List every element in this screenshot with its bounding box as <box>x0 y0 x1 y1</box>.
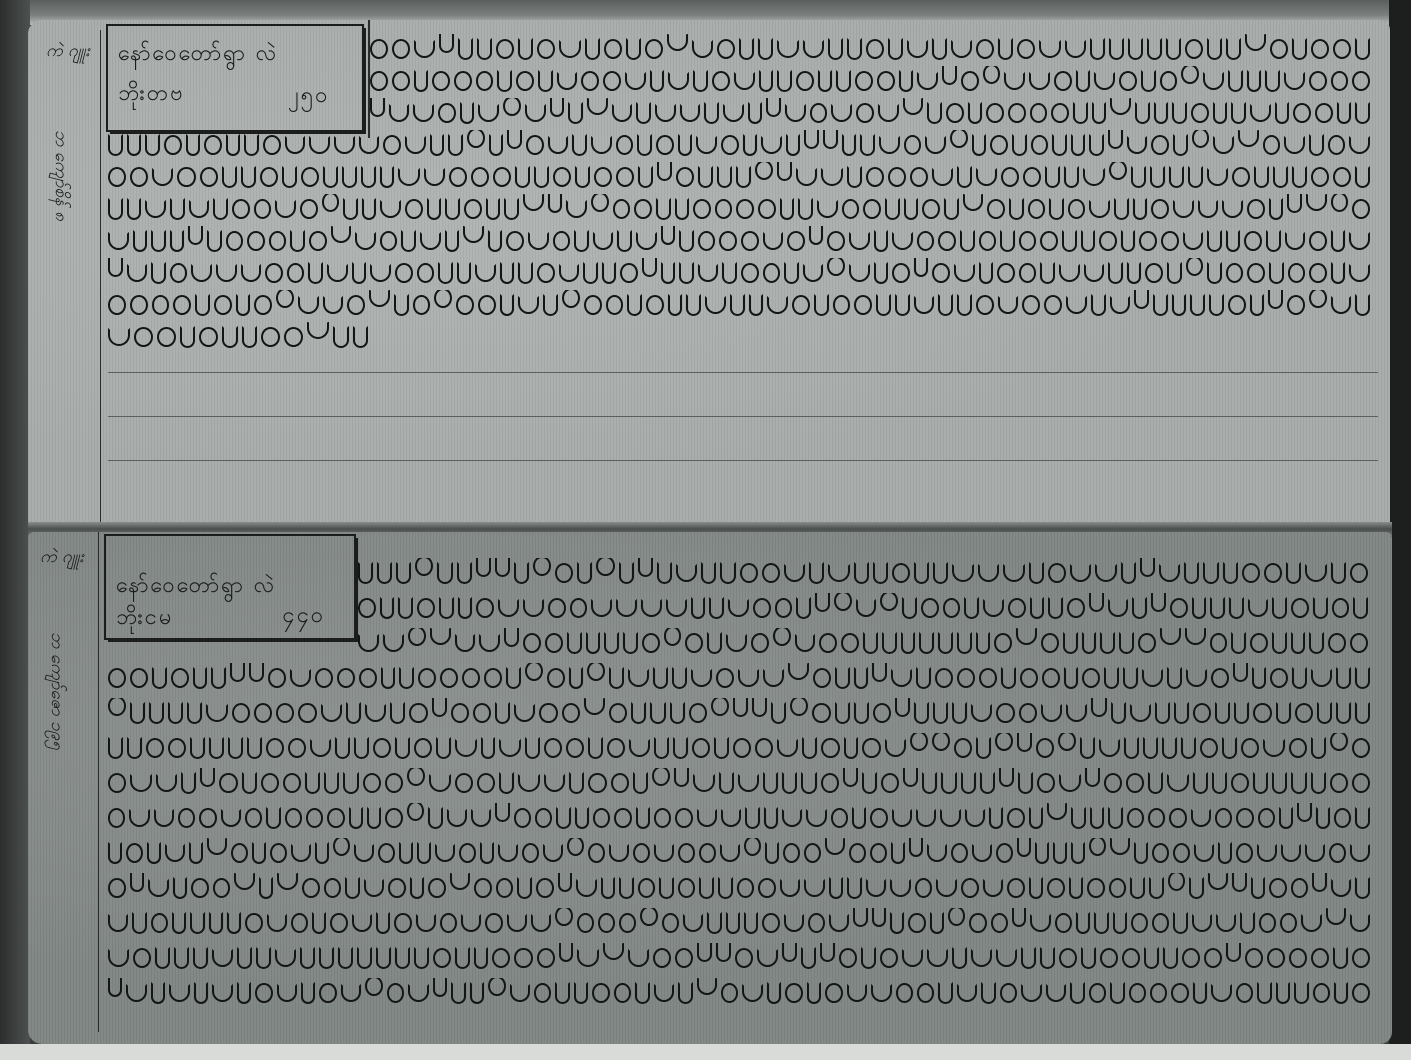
manuscript-text-line: ဥ ၊ ခွဲ ၊ ၂ ၅ ဝ မြည့် ဘ ဘော ဂါ တ ပ မြ ည … <box>108 258 1370 288</box>
manuscript-text-line: တ ရ ပ ဃော ဇ ဝ ဘ ဥ ၊ ၁ ၁ ဂ ဥ ဝ တ ဘ ပ မြည့… <box>108 838 1370 868</box>
scan-background-right <box>1389 0 1411 1060</box>
marginal-note-vertical: ဘ ကျော်စိန် ၈ <box>47 130 72 221</box>
scan-background-left <box>0 0 30 1060</box>
manuscript-text-line: မြည့် ကျော် ဘ ရ ဂါ ရွ ၊ ဒ ရ ပ တ ဘ ယ ဖ ပ … <box>358 628 1368 658</box>
manuscript-text-line: ၁၁ ကာရွာဘော ၊ ရ ၃ ၊ တ ပေါ် လ ဘ ခန်း ဥ ရ … <box>358 558 1368 588</box>
manuscript-text-line: ဃော ပြ ည ၊ လု ဇ ဘိုး ၊ မြေ တ ဘော ၊ ငွေ ခ… <box>108 290 1370 320</box>
entry-header-box: နော်ဝေတော်ရွာ လဲ ဘိုးငမ ၄၄၀ <box>104 534 356 640</box>
ruled-line <box>108 460 1378 461</box>
manuscript-text-line: ဃော ဇ ကြား ၊ ခွဲ ဘ ရ ဇ ဇ ဟ ဘိုး တို့ ကာ … <box>358 593 1368 623</box>
manuscript-page-upper: ကဲ ဂျူး ဘ ကျော်စိန် ၈ နော်ဝေတော်ရွာ လဲ ဘ… <box>28 20 1390 528</box>
entry-number: ၂၅၀ <box>288 80 330 113</box>
entry-village-name: နော်ဝေတော်ရွာ လဲ <box>118 38 278 71</box>
manuscript-text-line: ၁ ဂ ရ ဇ ဥ ဂါ လ ပါ မြ ရ ပ ၊ ၁ ၁ ဂ ဥ ၊ ခ ပ… <box>108 768 1370 798</box>
marginal-note: ကဲ ဂျူး <box>46 40 90 65</box>
ruled-line <box>108 416 1378 417</box>
marginal-note-vertical: ဘ ကျော်ဇော ၁၉၅ <box>43 632 68 750</box>
manuscript-text-line: ပေး ပါ ၊ သူ ကော ဇ မ ပ ပာ ယ ကို ဘ ခံ ရ ဒ … <box>108 194 1370 224</box>
entry-header-box: နော်ဝေတော်ရွာ လဲ ဘိုးတဗ ၂၅၀ <box>106 24 364 132</box>
entry-village-name: နော်ဝေတော်ရွာ လဲ <box>116 570 276 603</box>
manuscript-text-line: ဥ ခွဲ ၊ ၂ ၂ ခွဲ့ ၈ ၊ ရ ၃ ၃ ဝ ပါး ၂ ကော် … <box>108 130 1370 160</box>
margin-rule <box>100 30 101 528</box>
entry-person-name: ဘိုးတဗ <box>118 78 185 111</box>
scan-background-bottom <box>0 1044 1411 1060</box>
manuscript-text-line: ကျော် ရ ရ ကာ ရွ ၊ ၁ချ ကော ဇ မ ဗ ပ ဘ ဃာ ၊… <box>108 873 1370 903</box>
ruled-line <box>108 372 1378 373</box>
entry-person-name: ဘိုးငမ <box>116 602 174 635</box>
manuscript-text-line: ၁ချ ကြီး ဃော ဇ ဝ ၊ ဘ ဘ ဃော လေး ၊ ဥ ဃော ဇ… <box>108 663 1370 693</box>
entry-number: ၄၄၀ <box>282 600 325 633</box>
manuscript-text-line: ကငွေ မွေး ရှ ပါး ဘိုး ၁ ၊ တ ရ ပ ၃ ကဲ ၁၅ … <box>108 226 1370 256</box>
manuscript-text-line: မ မ ပာလာ တော် ၊ လ ပာဒု ဖု မြေ ကျ န်ဂျ ခွ… <box>370 98 1370 128</box>
manuscript-text-line: ဘ ရေး ငေ ပေး တ လော <box>108 322 368 352</box>
manuscript-page-lower: ကဲ ဂျူး ဘ ကျော်ဇော ၁၉၅ နော်ဝေတော်ရွာ လဲ … <box>28 532 1392 1044</box>
marginal-note: ကဲ ဂျူး <box>40 546 84 571</box>
manuscript-text-line: ၁ ခွဲ ဥ ဝေ ခွန်း ဘွာ ၊ ကျ ဥ ပ တို့ ဘိုး … <box>108 803 1370 833</box>
manuscript-text-line: ၁၁ ကာရွာဘော ဝဇွနျုတ ကော်းလ ပြည့် ကျော်ရ … <box>370 34 1370 64</box>
manuscript-text-line: ဇ ပာ ဥ ၂ ခ ဘ နုံး ၄ ၁ လ ပာ တ နုံး ဘော ၊ … <box>108 978 1370 1008</box>
manuscript-text-line: မ ဂ ဃော မြော ဇ ရေ ဘော ၊ နော်ဝေတော်ရွာ ကျ… <box>108 698 1370 728</box>
manuscript-text-line: ကို မြော ဘ ဇ မြော ဝ တ ၊ ဘ ခွ ကို ရ လ ပာ … <box>108 733 1370 763</box>
manuscript-text-line: ရေ ဇ ပေါ် ဖြေ ပါ ၁ ၁ ည ၊ ဥ ဇ လ ပာ ၅ ဝ ၃ … <box>108 943 1370 973</box>
manuscript-text-line: ငွေရှိဦး ၊ ငါတွေး ထပ်ပွန်းတဲ့ကာ ၊ ပုတ်ပ … <box>370 66 1370 96</box>
margin-rule <box>98 532 99 1032</box>
manuscript-text-line: ဘိုး ၁ ၊ တ ရ ပ ၃ ကဲ ၁၅ ဝါ ၊ ၂ ၅ ငွေ ၅ ဝါ… <box>108 908 1370 938</box>
manuscript-text-line: ကျွန်တော် ထ တို့ ဘိုး ဘ ရော ဇ ပေါ် သော ည… <box>108 162 1370 192</box>
